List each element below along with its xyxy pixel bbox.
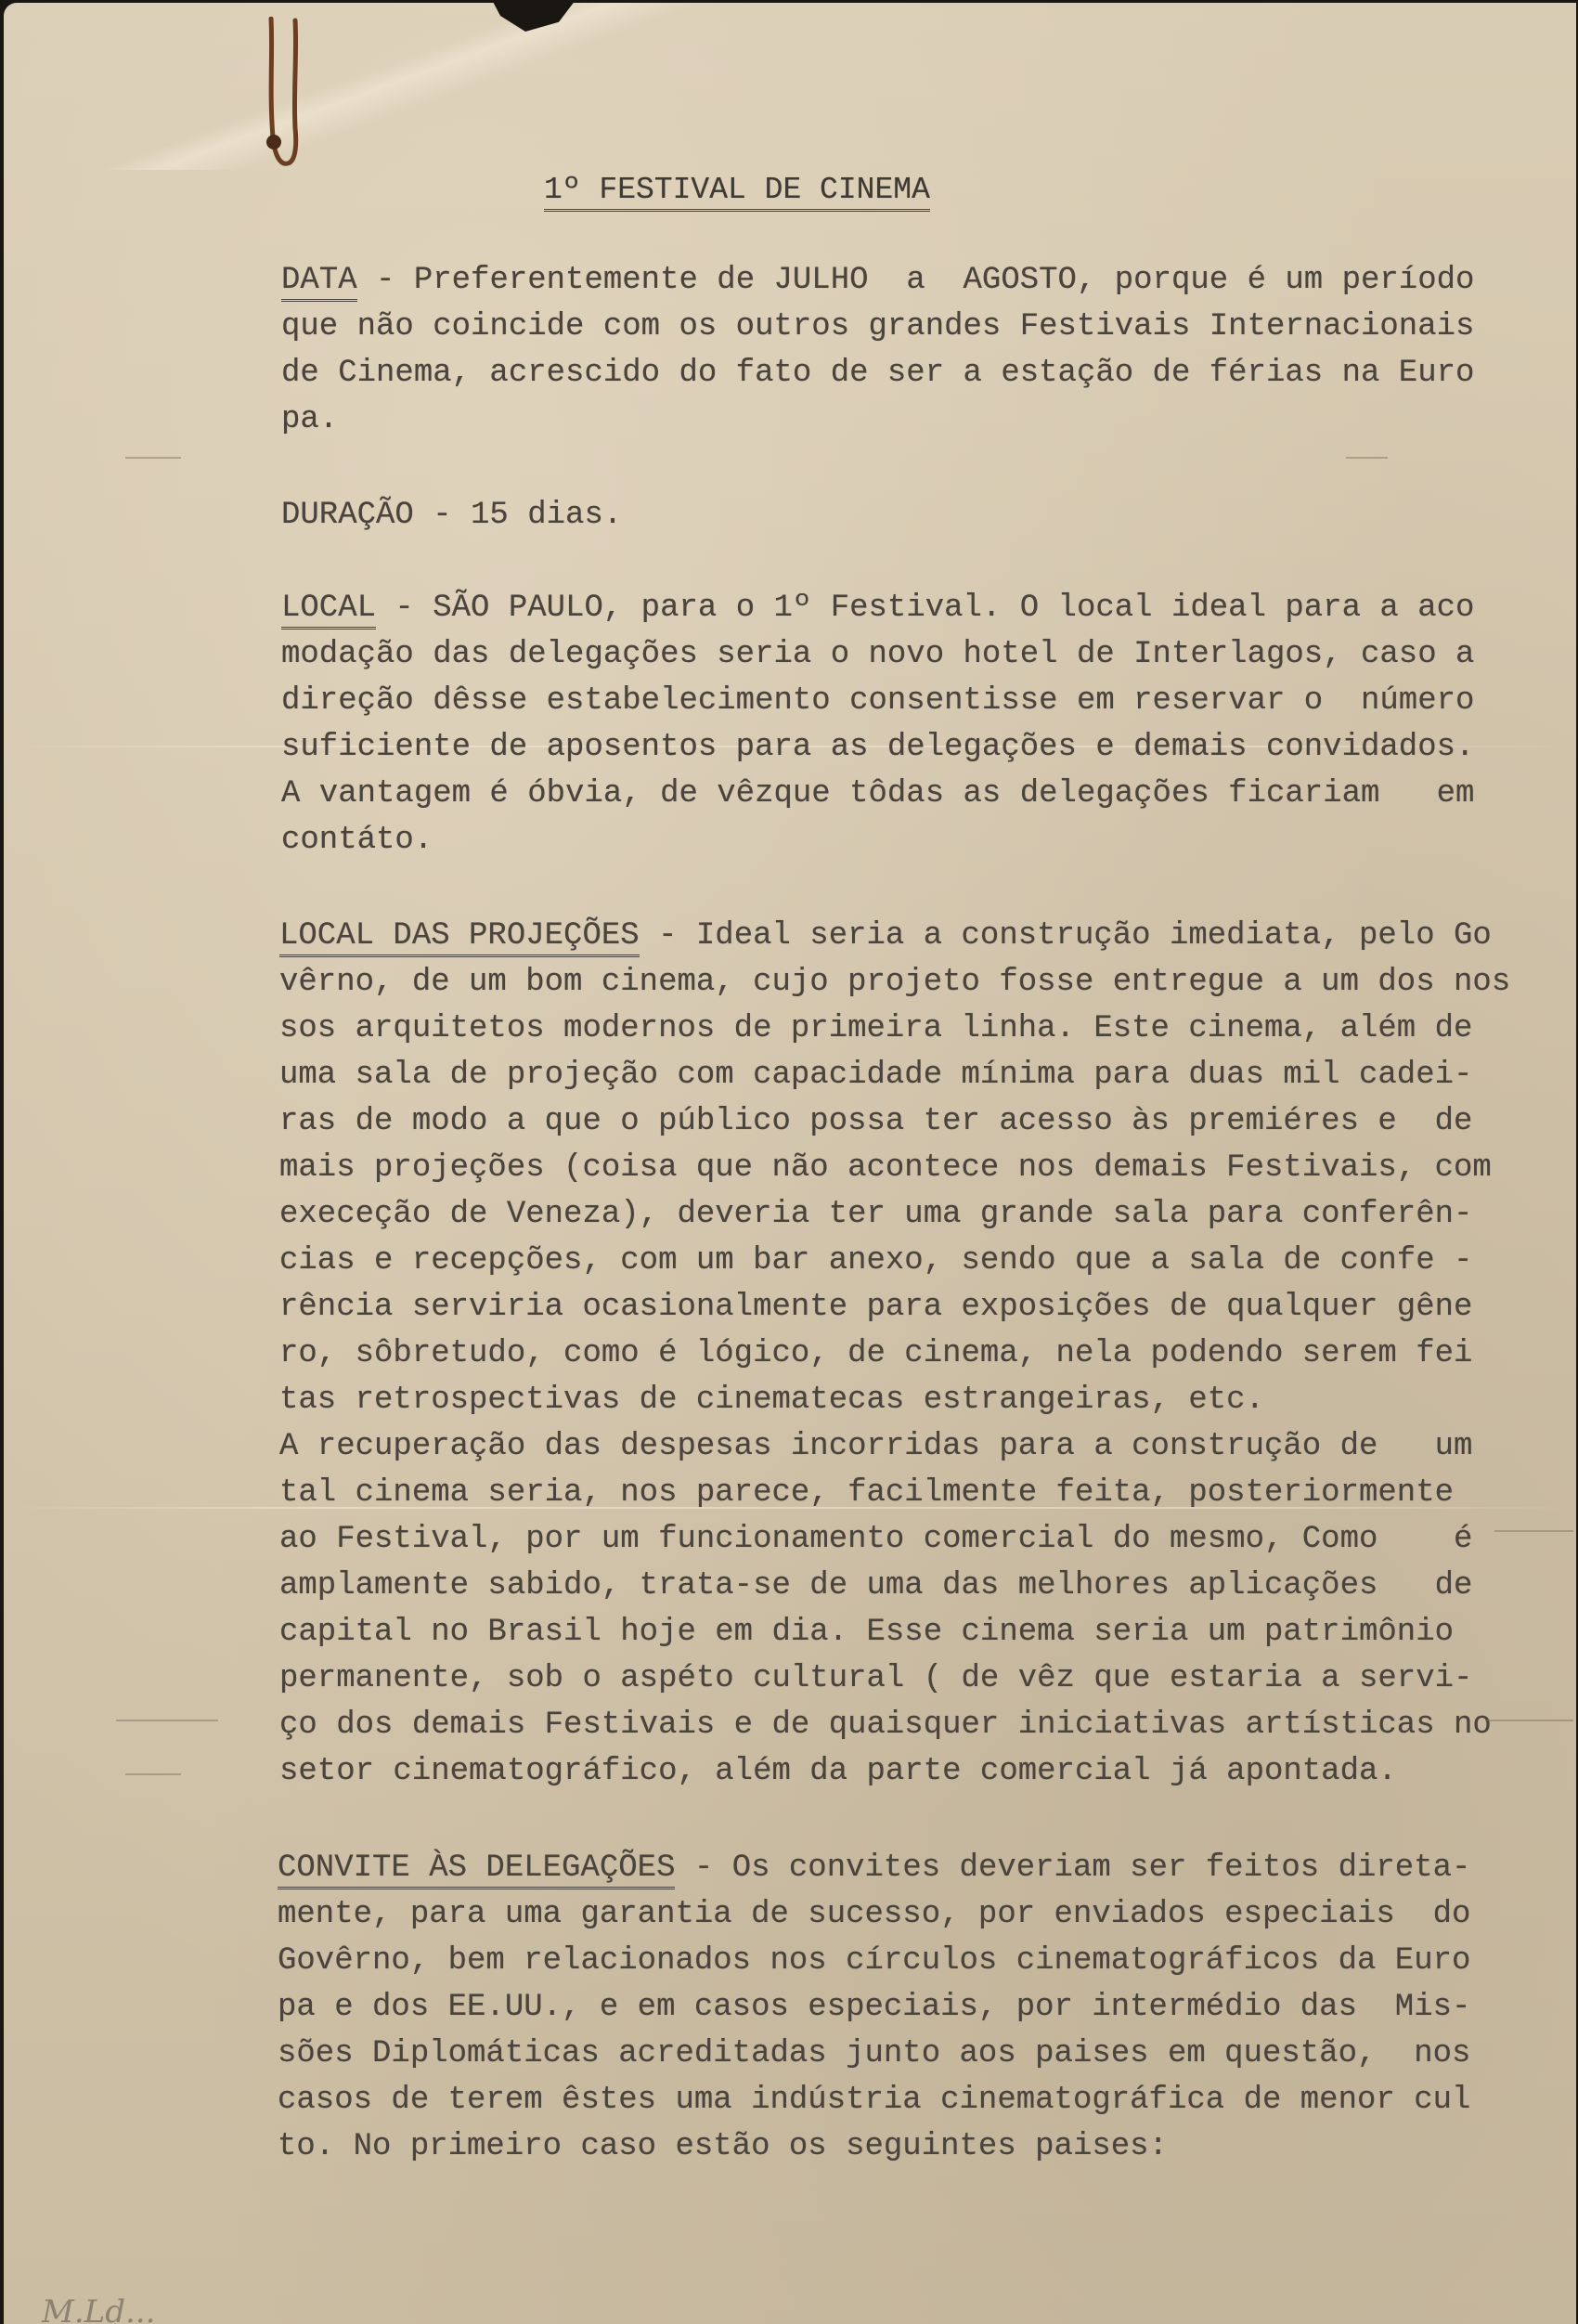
text-line: de Cinema, acrescido do fato de ser a es… xyxy=(281,355,1474,392)
section-duracao-line: DURAÇÃO - 15 dias. xyxy=(281,497,622,534)
text-line: setor cinematográfico, além da parte com… xyxy=(279,1753,1397,1790)
margin-mark xyxy=(1494,1530,1573,1532)
text-line: tas retrospectivas de cinematecas estran… xyxy=(279,1382,1264,1419)
section-heading-projecoes: LOCAL DAS PROJEÇÕES xyxy=(279,918,640,957)
text-line: ço dos demais Festivais e de quaisquer i… xyxy=(279,1707,1492,1744)
text-line: cias e recepções, com um bar anexo, send… xyxy=(279,1242,1472,1279)
text-line: sões Diplomáticas acreditadas junto aos … xyxy=(278,2035,1470,2072)
text-line: sos arquitetos modernos de primeira linh… xyxy=(279,1010,1472,1047)
text-line: tal cinema seria, nos parece, facilmente… xyxy=(279,1474,1454,1512)
margin-mark xyxy=(1485,1720,1573,1721)
handwritten-note: M.Ld... xyxy=(42,2293,155,2324)
text-line: mente, para uma garantia de sucesso, por… xyxy=(278,1896,1470,1933)
section-convite-line: CONVITE ÀS DELEGAÇÕES - Os convites deve… xyxy=(278,1850,1470,1887)
binding-string-icon xyxy=(262,17,317,175)
text-line: to. No primeiro caso estão os seguintes … xyxy=(278,2128,1168,2165)
text-line: modação das delegações seria o novo hote… xyxy=(281,636,1474,673)
text-line: ao Festival, por um funcionamento comerc… xyxy=(279,1521,1472,1558)
margin-mark xyxy=(1346,457,1388,459)
text-line: ro, sôbretudo, como é lógico, de cinema,… xyxy=(279,1335,1472,1372)
section-data-line: DATA - Preferentemente de JULHO a AGOSTO… xyxy=(281,262,1474,299)
text-line: casos de terem êstes uma indústria cinem… xyxy=(278,2082,1470,2119)
text-line: uma sala de projeção com capacidade míni… xyxy=(279,1057,1472,1094)
text-line: que não coincide com os outros grandes F… xyxy=(281,308,1474,345)
text-line: capital no Brasil hoje em dia. Esse cine… xyxy=(279,1614,1454,1651)
text-line: execeção de Veneza), deveria ter uma gra… xyxy=(279,1196,1472,1233)
text-line: Govêrno, bem relacionados nos círculos c… xyxy=(278,1942,1470,1980)
text-line: A vantagem é óbvia, de vêzque tôdas as d… xyxy=(281,775,1474,812)
section-projecoes-line: LOCAL DAS PROJEÇÕES - Ideal seria a cons… xyxy=(279,917,1492,954)
text-line: contáto. xyxy=(281,822,433,859)
text-line: mais projeções (coisa que não acontece n… xyxy=(279,1149,1492,1187)
margin-mark xyxy=(125,457,181,459)
section-heading-convite: CONVITE ÀS DELEGAÇÕES xyxy=(278,1850,675,1889)
margin-mark xyxy=(125,1773,181,1775)
text-line: amplamente sabido, trata-se de uma das m… xyxy=(279,1567,1472,1604)
document-title: 1º FESTIVAL DE CINEMA xyxy=(544,173,930,212)
margin-mark xyxy=(116,1720,218,1721)
text-line: direção dêsse estabelecimento consentiss… xyxy=(281,682,1474,720)
text-line: pa. xyxy=(281,401,338,438)
text-line: suficiente de aposentos para as delegaçõ… xyxy=(281,729,1474,766)
section-local-line: LOCAL - SÃO PAULO, para o 1º Festival. O… xyxy=(281,590,1474,627)
section-heading-data: DATA xyxy=(281,263,357,302)
paper-crease xyxy=(59,3,709,170)
text-line: pa e dos EE.UU., e em casos especiais, p… xyxy=(278,1989,1470,2026)
text-line: A recuperação das despesas incorridas pa… xyxy=(279,1428,1472,1465)
section-heading-local: LOCAL xyxy=(281,591,376,630)
text-line: vêrno, de um bom cinema, cujo projeto fo… xyxy=(279,964,1510,1001)
text-line: rência serviria ocasionalmente para expo… xyxy=(279,1289,1472,1326)
text-line: ras de modo a que o público possa ter ac… xyxy=(279,1103,1472,1140)
text-line: permanente, sob o aspéto cultural ( de v… xyxy=(279,1660,1472,1697)
